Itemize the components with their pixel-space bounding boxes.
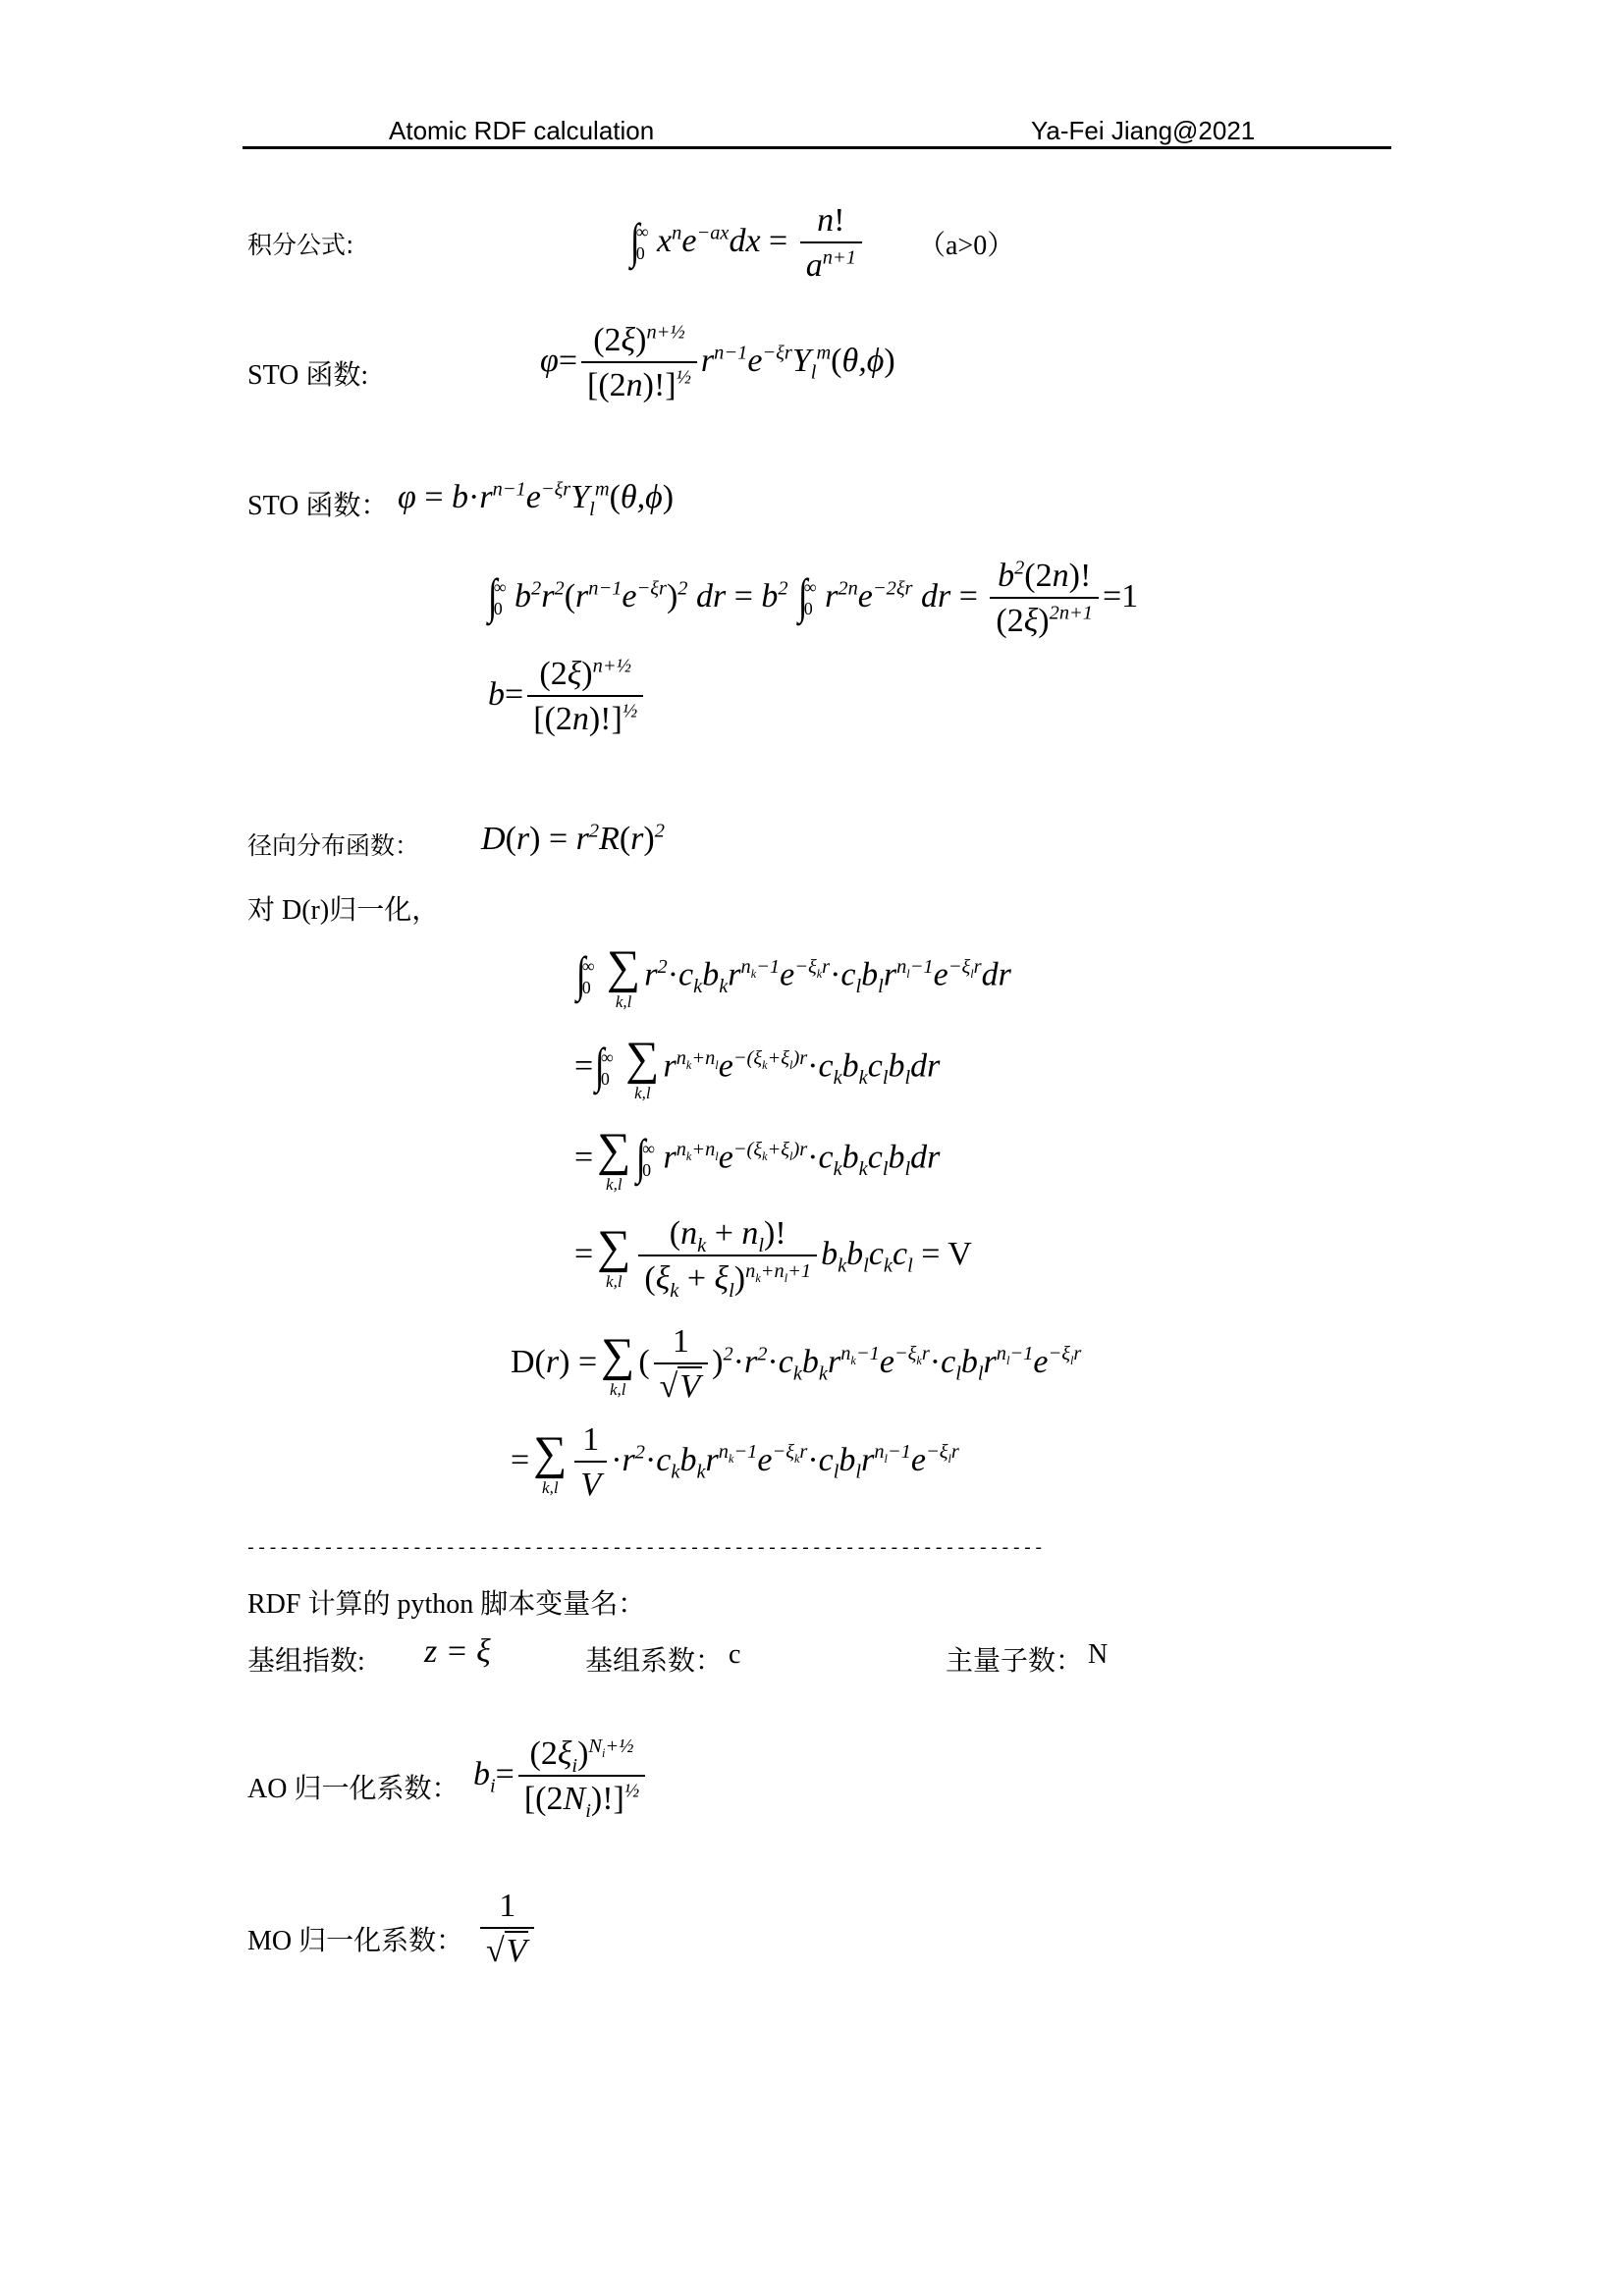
- normalization-integral: ∫∞0 b2r2(rn−1e−ξr)2 dr = b2 ∫∞0 r2ne−2ξr…: [486, 560, 1138, 638]
- sto-function-formula-1: φ=(2ξ)n+½[(2n)!]½rn−1e−ξrYlm(θ,ϕ): [540, 324, 895, 402]
- basis-coefficient-value: c: [729, 1639, 740, 1671]
- basis-coefficient-label: 基组系数：: [585, 1639, 723, 1679]
- principal-quantum-value: N: [1088, 1639, 1108, 1671]
- basis-exponent-label: 基组指数:: [247, 1639, 365, 1679]
- document-title: Atomic RDF calculation: [389, 116, 654, 146]
- radial-distribution-label: 径向分布函数：: [247, 827, 419, 862]
- integral-formula-label: 积分公式:: [247, 226, 353, 261]
- derivation-line-3: =∑k,l∫∞0 rnk+nle−(ξk+ξl)r·ckbkclbldr: [574, 1127, 940, 1193]
- radial-distribution-formula: D(r) = r2R(r)2: [481, 823, 665, 856]
- principal-quantum-label: 主量子数：: [946, 1639, 1083, 1679]
- sto-function-formula-2: φ = b·rn−1e−ξrYlm(θ,ϕ): [398, 481, 674, 514]
- section-separator: ----------------------------------------…: [245, 1539, 1045, 1559]
- ao-normalization-formula: bi=(2ξi)Ni+½[(2Ni)!]½: [473, 1737, 649, 1816]
- b-definition: b=(2ξ)n+½[(2n)!]½: [488, 658, 647, 736]
- ao-normalization-label: AO 归一化系数：: [247, 1767, 459, 1806]
- sto-function-label-2: STO 函数：: [247, 484, 388, 523]
- basis-exponent-value: z = ξ: [424, 1635, 491, 1669]
- mo-normalization-label: MO 归一化系数：: [247, 1919, 463, 1958]
- document-author: Ya-Fei Jiang@2021: [1031, 116, 1255, 146]
- integral-condition: （a>0）: [918, 224, 1014, 263]
- derivation-line-4: =∑k,l(nk + nl)!(ξk + ξl)nk+nl+1bkblckcl …: [574, 1217, 972, 1296]
- derivation-line-2: =∫∞0 ∑k,lrnk+nle−(ξk+ξl)r·ckbkclbldr: [574, 1036, 940, 1101]
- mo-normalization-formula: 1√V: [476, 1890, 538, 1968]
- normalize-dr-label: 对 D(r)归一化，: [247, 888, 439, 928]
- integral-formula: ∫∞0 xne−axdx = n!an+1: [628, 204, 866, 283]
- python-vars-heading: RDF 计算的 python 脚本变量名：: [247, 1582, 645, 1622]
- derivation-line-1: ∫∞0 ∑k,lr2·ckbkrnk−1e−ξkr·clblrnl−1e−ξlr…: [574, 944, 1011, 1010]
- dr-result-line-2: =∑k,l1V·r2·ckbkrnk−1e−ξkr·clblrnl−1e−ξlr: [511, 1423, 959, 1502]
- sto-function-label-1: STO 函数:: [247, 353, 368, 393]
- dr-result-line-1: D(r) =∑k,l(1√V)2·r2·ckbkrnk−1e−ξkr·clblr…: [511, 1325, 1081, 1404]
- header-rule: [243, 146, 1391, 149]
